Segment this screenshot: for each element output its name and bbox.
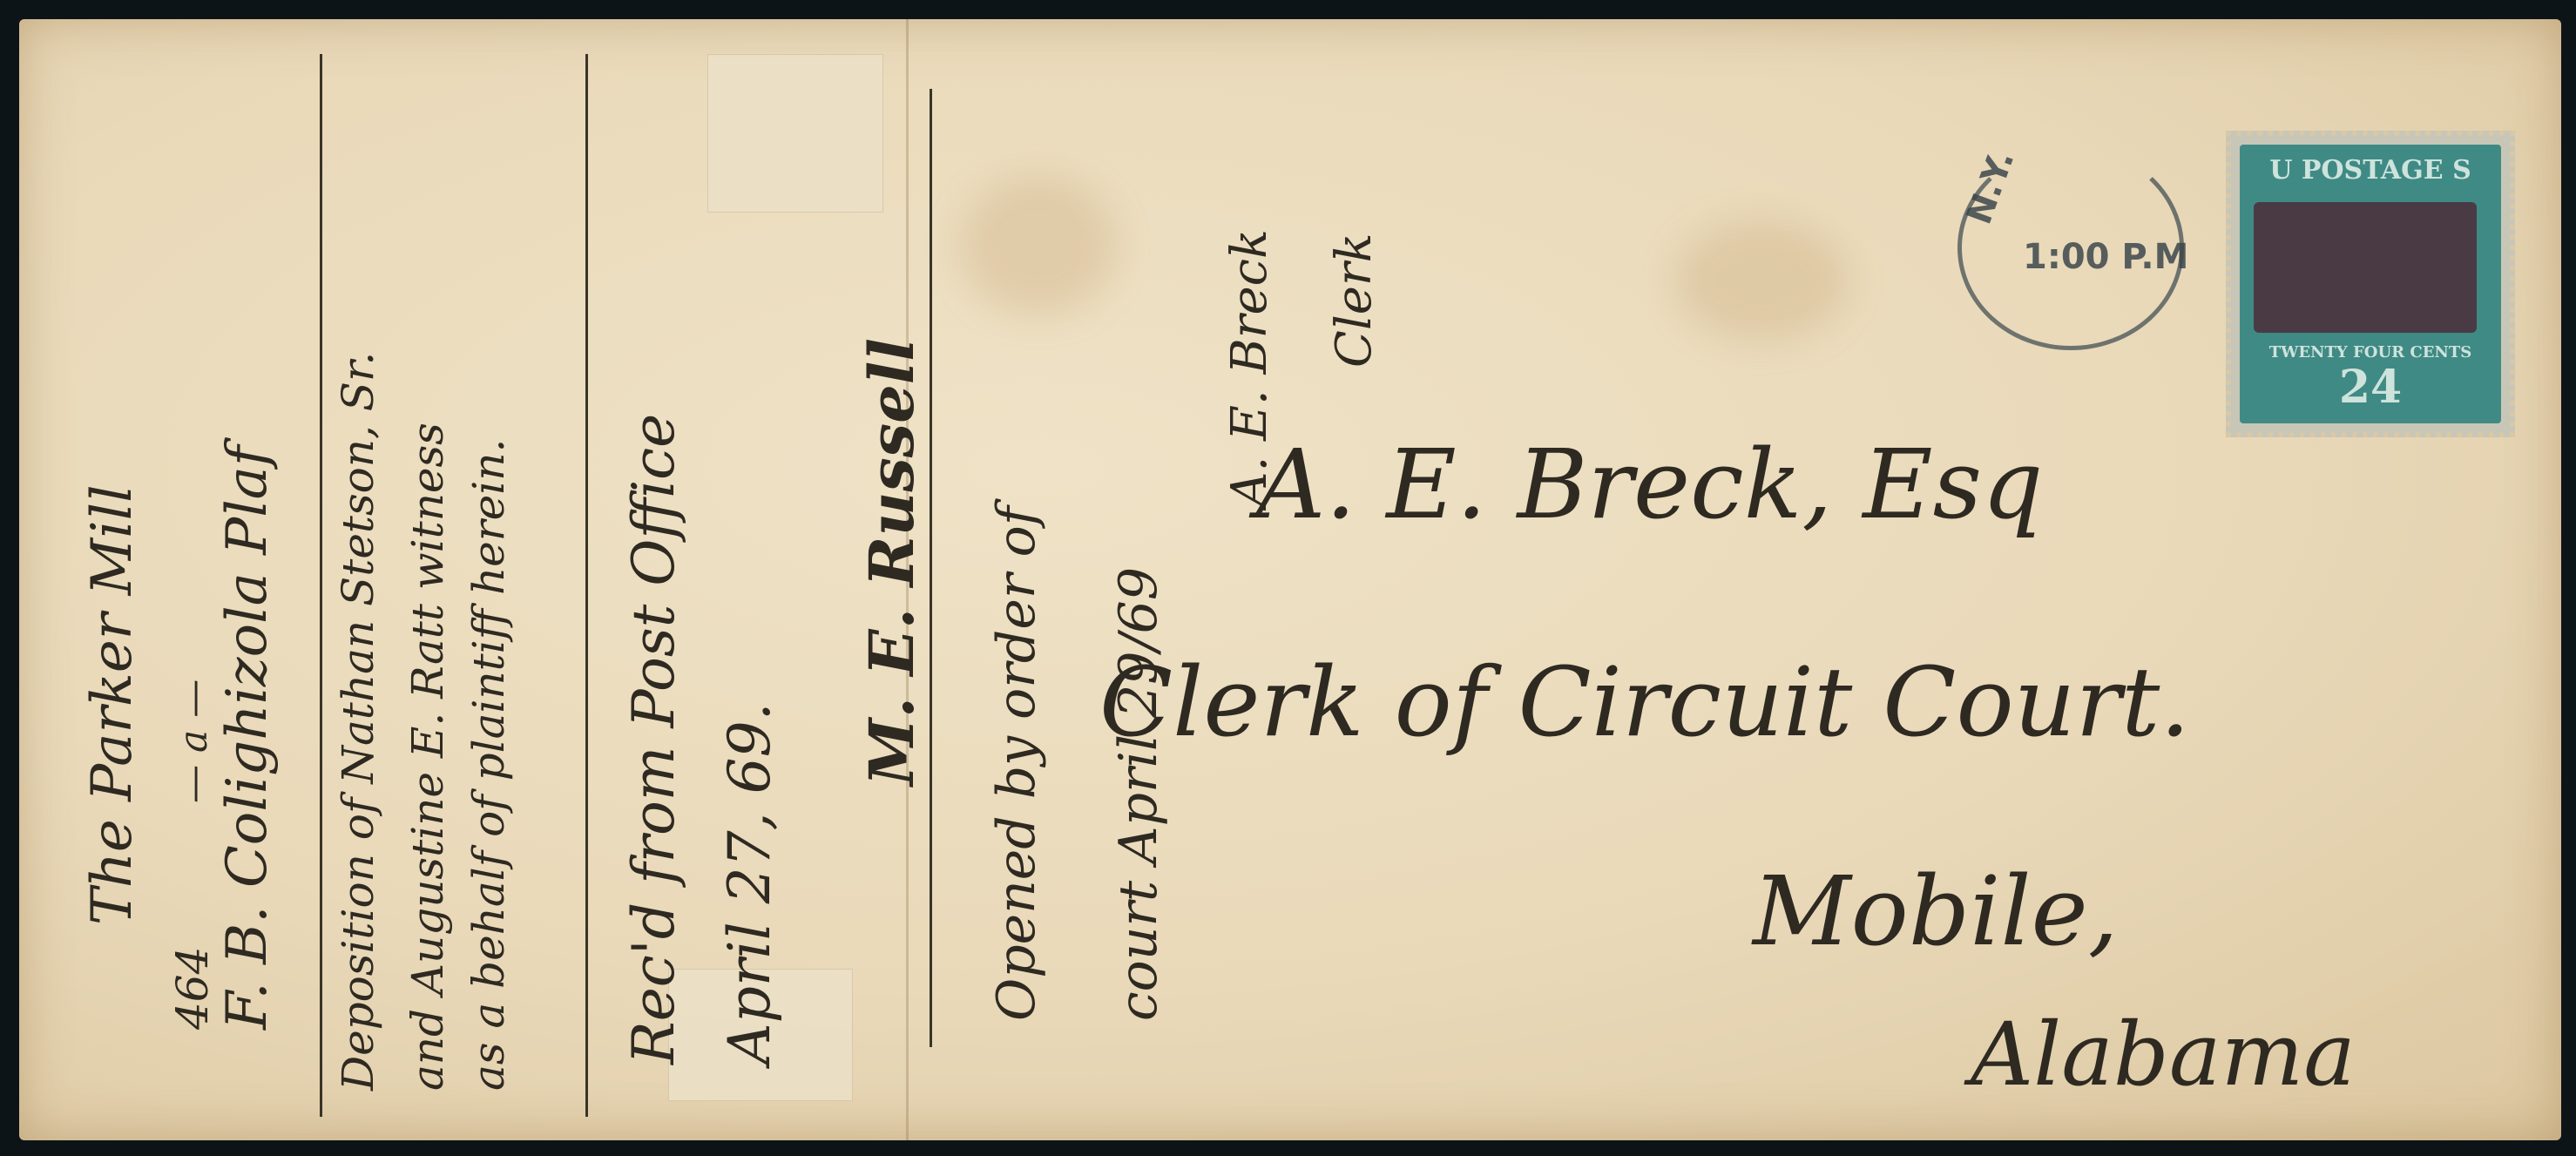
stamp-corner-s: S — [2452, 155, 2471, 186]
stamp-denomination: 24 — [2231, 361, 2510, 414]
stamp-corner-u: U — [2269, 155, 2292, 186]
opened-title: Clerk — [1326, 233, 1383, 368]
docket-received-line2: April 27, 69. — [716, 702, 783, 1065]
docket-deposition-line2: and Augustine E. Ratt witness — [402, 423, 453, 1091]
docket-rule-line — [585, 54, 588, 1117]
docket-received-line1: Rec'd from Post Office — [620, 414, 687, 1065]
stamp-vignette-declaration — [2254, 202, 2477, 333]
stamp-top-label: U POSTAGE S — [2231, 155, 2510, 186]
postage-stamp: U POSTAGE S TWENTY FOUR CENTS 24 — [2226, 131, 2515, 437]
docket-versus: — a — — [172, 679, 216, 803]
docket-case-number: 464 — [167, 947, 218, 1030]
tape-strip — [707, 54, 883, 213]
address-line-name: A. E. Breck, Esq — [1256, 429, 2043, 540]
address-line-city: Mobile, — [1753, 855, 2119, 967]
docket-clerk-signature: M. E. Russell — [855, 338, 928, 786]
opened-line1: Opened by order of — [986, 506, 1047, 1021]
docket-rule-line — [930, 89, 932, 1047]
docket-case-title: The Parker Mill — [80, 484, 145, 925]
stain — [1674, 220, 1849, 341]
stamp-bottom-label: TWENTY FOUR CENTS — [2231, 343, 2510, 362]
docket-deposition-line3: as a behalf of plaintiff herein. — [463, 439, 514, 1091]
docket-deposition-line1: Deposition of Nathan Stetson, Sr. — [333, 352, 383, 1091]
docket-defendant: F. B. Colighizola Plaf — [215, 445, 280, 1030]
stain — [960, 176, 1117, 315]
opened-line2: court April 29/69 — [1108, 567, 1169, 1021]
envelope: The Parker Mill 464 — a — F. B. Colighiz… — [19, 19, 2561, 1140]
address-line-state: Alabama — [1971, 1004, 2356, 1105]
address-line-title: Clerk of Circuit Court. — [1099, 646, 2190, 758]
stamp-postage-label: POSTAGE — [2302, 155, 2444, 186]
postmark-time: 1:00 P.M — [2023, 237, 2188, 277]
docket-rule-line — [320, 54, 322, 1117]
